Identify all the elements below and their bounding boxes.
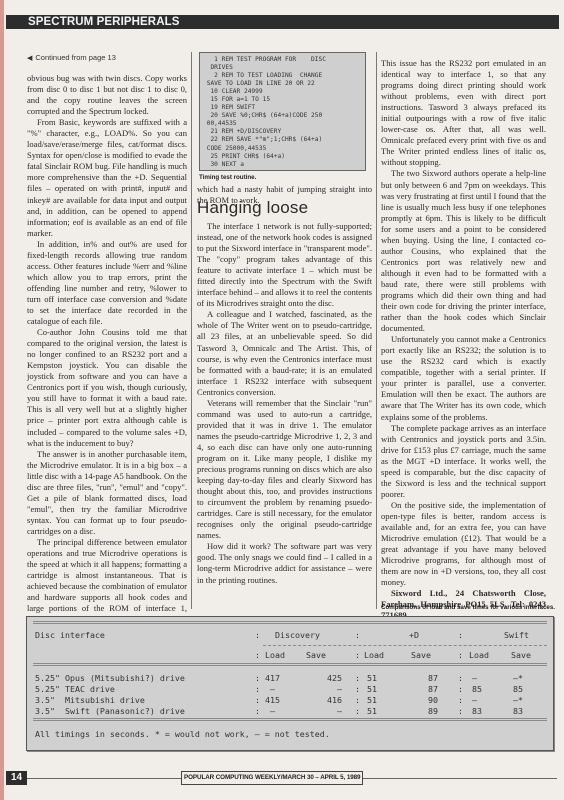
code-line: 22 REM SAVE *"m";1;CHR$ (64+a): [203, 136, 365, 144]
discovery-save: –: [337, 706, 342, 716]
code-line: 21 REM +D/DISCOVERY: [203, 128, 365, 136]
subheading: Hanging loose: [197, 198, 308, 218]
discovery-save: 425: [327, 673, 342, 683]
separator: :: [458, 695, 463, 705]
code-line: 25 PRINT CHR$ (64+a): [203, 153, 365, 161]
separator: :: [458, 684, 463, 694]
table-rule: [263, 645, 547, 646]
page-edge: [0, 0, 4, 800]
discovery-save: –: [337, 684, 342, 694]
paragraph: Co-author John Cousins told me that comp…: [27, 327, 187, 449]
table-caption: Comparisons of load and save times for v…: [381, 604, 555, 611]
article-column-1: obvious bug was with twin discs. Copy wo…: [27, 73, 187, 636]
plusd-save: 87: [428, 684, 438, 694]
code-line: SAVE TO LOAD IN LINE 20 OR 22: [203, 80, 365, 88]
plusd-load: 51: [367, 706, 377, 716]
paragraph: The answer is in another purchasable ite…: [27, 449, 187, 537]
code-line: 10 CLEAR 24999: [203, 88, 365, 96]
row-name: 3.5" Swift (Panasonic?) drive: [35, 706, 185, 716]
swift-save: 83: [513, 706, 523, 716]
table-rule: [33, 621, 547, 624]
timing-table: Disc interface : Discovery : +D : Swift …: [26, 616, 554, 751]
column-header-interface: Disc interface: [35, 630, 105, 640]
column-divider: [191, 52, 192, 609]
discovery-load: –: [270, 706, 275, 716]
column-divider: [376, 52, 377, 609]
column-group-plusd: +D: [409, 630, 419, 640]
separator: :: [255, 684, 260, 694]
page-number: 14: [6, 771, 27, 785]
plusd-save: 89: [428, 706, 438, 716]
subheader-save: Save: [306, 650, 326, 660]
plusd-load: 51: [367, 684, 377, 694]
code-listing: 1 REM TEST PROGRAM FOR DISC DRIVES 2 REM…: [199, 52, 366, 171]
code-line: 20 SAVE %0;CHR$ (64+a)CODE 250: [203, 112, 365, 120]
separator: :: [355, 673, 360, 683]
code-caption: Timing test routine.: [199, 174, 256, 181]
paragraph: On the positive side, the implementation…: [381, 500, 546, 588]
plusd-load: 51: [367, 695, 377, 705]
code-line: DRIVES: [203, 64, 365, 72]
subheader-save: Save: [511, 650, 531, 660]
code-line: 00,44535: [203, 120, 365, 128]
paragraph: How did it work? The software part was v…: [197, 541, 372, 585]
paragraph: A colleague and I watched, fascinated, a…: [197, 309, 372, 397]
subheader-load: Load: [364, 650, 384, 660]
code-line: 30 NEXT a: [203, 161, 365, 169]
code-line: 19 REM SWIFT: [203, 104, 365, 112]
separator: :: [355, 630, 360, 640]
subheader-save: Save: [411, 650, 431, 660]
section-header-bar: SPECTRUM PERIPHERALS: [6, 15, 559, 29]
article-column-3: This issue has the RS232 port emulated i…: [381, 58, 546, 621]
code-line: CODE 25000,44535: [203, 145, 365, 153]
separator: :: [458, 673, 463, 683]
separator: :: [255, 650, 260, 660]
continued-text: Continued from page 13: [35, 53, 115, 62]
article-column-2: The interface 1 network is not fully-sup…: [197, 221, 372, 586]
paragraph: obvious bug was with twin discs. Copy wo…: [27, 73, 187, 117]
separator: :: [255, 706, 260, 716]
swift-load: –: [472, 673, 477, 683]
swift-load: 85: [472, 684, 482, 694]
paragraph: The two Sixword authors operate a help-l…: [381, 168, 546, 334]
plusd-save: 87: [428, 673, 438, 683]
code-line: 1 REM TEST PROGRAM FOR DISC: [203, 56, 365, 64]
paragraph: Unfortunately you cannot make a Centroni…: [381, 334, 546, 422]
row-name: 5.25" TEAC drive: [35, 684, 115, 694]
code-line: 15 FOR a=1 TO 15: [203, 96, 365, 104]
separator: :: [355, 650, 360, 660]
paragraph: In addition, in% and out% are used for f…: [27, 239, 187, 327]
separator: :: [355, 695, 360, 705]
swift-load: 83: [472, 706, 482, 716]
section-title: SPECTRUM PERIPHERALS: [28, 15, 180, 29]
separator: :: [458, 650, 463, 660]
paragraph: Veterans will remember that the Sinclair…: [197, 398, 372, 542]
separator: :: [255, 695, 260, 705]
discovery-load: 415: [265, 695, 280, 705]
column-group-swift: Swift: [504, 630, 529, 640]
row-name: 3.5" Mitsubishi drive: [35, 695, 145, 705]
separator: :: [355, 706, 360, 716]
paragraph: The complete package arrives as an inter…: [381, 423, 546, 500]
swift-save: –*: [513, 673, 523, 683]
column-group-discovery: Discovery: [275, 630, 320, 640]
plusd-load: 51: [367, 673, 377, 683]
swift-save: 85: [513, 684, 523, 694]
separator: :: [458, 630, 463, 640]
paragraph: The interface 1 network is not fully-sup…: [197, 221, 372, 309]
table-footnote: All timings in seconds. * = would not wo…: [35, 729, 330, 739]
code-line: 2 REM TO TEST LOADING CHANGE: [203, 72, 365, 80]
separator: :: [355, 684, 360, 694]
table-rule: [33, 663, 547, 666]
separator: :: [255, 673, 260, 683]
separator: :: [458, 706, 463, 716]
swift-load: –: [472, 695, 477, 705]
discovery-load: 417: [265, 673, 280, 683]
subheader-load: Load: [469, 650, 489, 660]
row-name: 5.25" Opus (Mitsubishi?) drive: [35, 673, 185, 683]
subheader-load: Load: [265, 650, 285, 660]
table-rule: [33, 718, 547, 721]
plusd-save: 90: [428, 695, 438, 705]
swift-save: –*: [513, 695, 523, 705]
discovery-load: –: [270, 684, 275, 694]
publication-line: POPULAR COMPUTING WEEKLY/MARCH 30 – APRI…: [181, 771, 363, 785]
paragraph: This issue has the RS232 port emulated i…: [381, 58, 546, 168]
left-triangle-icon: ◀: [27, 55, 32, 62]
discovery-save: 416: [327, 695, 342, 705]
separator: :: [255, 630, 260, 640]
continued-note: ◀Continued from page 13: [27, 53, 116, 62]
paragraph: From Basic, keywords are suffixed with a…: [27, 117, 187, 239]
